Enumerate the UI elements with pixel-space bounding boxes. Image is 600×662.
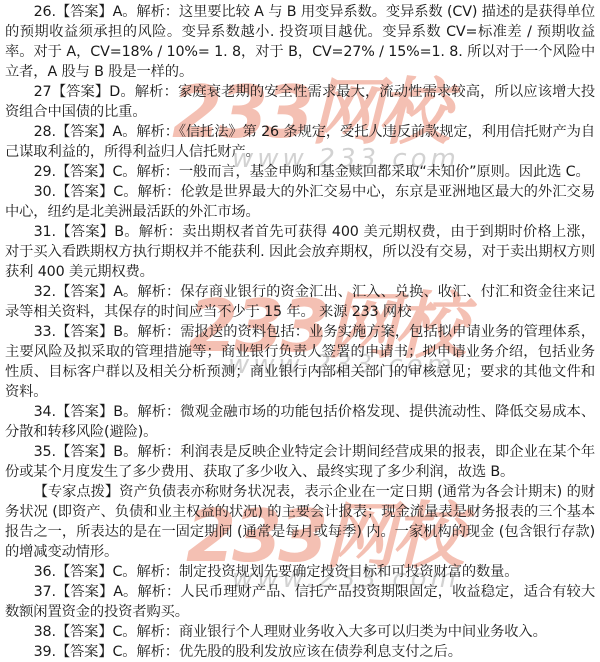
answer-label: 【答案】B。 (56, 404, 138, 420)
item-number: 37. (34, 584, 56, 600)
answer-list: 26.【答案】A。解析：这里要比较 A 与 B 用变异系数。变异系数 (CV) … (5, 2, 595, 662)
answer-label: 【答案】B。 (56, 224, 139, 240)
expert-tip: 【专家点拨】资产负债表亦称财务状况表，表示企业在一定日期 (通常为各会计期末) … (5, 482, 595, 562)
answer-item-26: 26.【答案】A。解析：这里要比较 A 与 B 用变异系数。变异系数 (CV) … (5, 2, 595, 82)
answer-item-37: 37.【答案】A。解析：人民币理财产品、信托产品投资期限固定，收益稳定，适合有较… (5, 582, 595, 622)
item-number: 30. (34, 184, 56, 200)
answer-label: 【答案】A。 (56, 4, 137, 20)
answer-label: 【答案】C。 (56, 164, 137, 180)
explanation-text: 解析：一般而言，基金申购和基金赎回都采取“未知价”原则。因此选 C。 (136, 164, 589, 180)
item-number: 28. (34, 124, 56, 140)
explanation-text: 解析：商业银行个人理财业务收入大多可以归类为中间业务收入。 (136, 624, 546, 640)
expert-tip-label: 【专家点拨】 (34, 484, 120, 500)
answer-label: 【答案】C。 (56, 624, 137, 640)
answer-label: 【答案】C。 (56, 564, 137, 580)
item-number: 39. (34, 644, 56, 660)
explanation-text: 解析：制定投资规划先要确定投资目标和可投资财富的数量。 (136, 564, 518, 580)
answer-label: 【答案】C。 (56, 184, 138, 200)
item-number: 35. (34, 444, 56, 460)
answer-item-34: 34.【答案】B。解析：微观金融市场的功能包括价格发现、提供流动性、降低交易成本… (5, 402, 595, 442)
answer-item-29: 29.【答案】C。解析：一般而言，基金申购和基金赎回都采取“未知价”原则。因此选… (5, 162, 595, 182)
item-number: 29. (34, 164, 56, 180)
answer-item-36: 36.【答案】C。解析：制定投资规划先要确定投资目标和可投资财富的数量。 (5, 562, 595, 582)
answer-item-31: 31.【答案】B。解析：卖出期权者首先可获得 400 美元期权费，由于到期时价格… (5, 222, 595, 282)
item-number: 32. (34, 284, 56, 300)
answer-item-28: 28.【答案】A。解析：《信托法》第 26 条规定，受托人违反前款规定，利用信托… (5, 122, 595, 162)
answer-item-32: 32.【答案】A。解析：保存商业银行的资金汇出、汇入、兑换、收汇、付汇和资金往来… (5, 282, 595, 322)
answer-item-35: 35.【答案】B。解析：利润表是反映企业特定会计期间经营成果的报表，即企业在某个… (5, 442, 595, 482)
answer-item-39: 39.【答案】C。解析：优先股的股利发放应该在债券利息支付之后。 (5, 642, 595, 662)
explanation-text: 解析：优先股的股利发放应该在债券利息支付之后。 (136, 644, 461, 660)
item-number: 33. (34, 324, 56, 340)
item-number: 36. (34, 564, 56, 580)
item-number: 38. (34, 624, 56, 640)
item-number: 26. (34, 4, 56, 20)
item-number: 31. (34, 224, 56, 240)
answer-label: 【答案】D。 (52, 84, 135, 100)
answer-label: 【答案】B。 (56, 444, 138, 460)
answer-label: 【答案】A。 (56, 284, 137, 300)
answer-item-38: 38.【答案】C。解析：商业银行个人理财业务收入大多可以归类为中间业务收入。 (5, 622, 595, 642)
answer-label: 【答案】A。 (56, 584, 137, 600)
answer-item-33: 33.【答案】B。解析：需报送的资料包括：业务实施方案，包括拟申请业务的管理体系… (5, 322, 595, 402)
item-number: 34. (34, 404, 56, 420)
answer-label: 【答案】A。 (56, 124, 136, 140)
answer-item-30: 30.【答案】C。解析：伦敦是世界最大的外汇交易中心，东京是亚洲地区最大的外汇交… (5, 182, 595, 222)
answer-label: 【答案】C。 (56, 644, 137, 660)
item-number: 27 (34, 84, 52, 100)
answer-item-27: 27【答案】D。解析：家庭衰老期的安全性需求最大，流动性需求较高，所以应该增大投… (5, 82, 595, 122)
answer-document: 26.【答案】A。解析：这里要比较 A 与 B 用变异系数。变异系数 (CV) … (0, 0, 600, 662)
answer-label: 【答案】B。 (56, 324, 138, 340)
